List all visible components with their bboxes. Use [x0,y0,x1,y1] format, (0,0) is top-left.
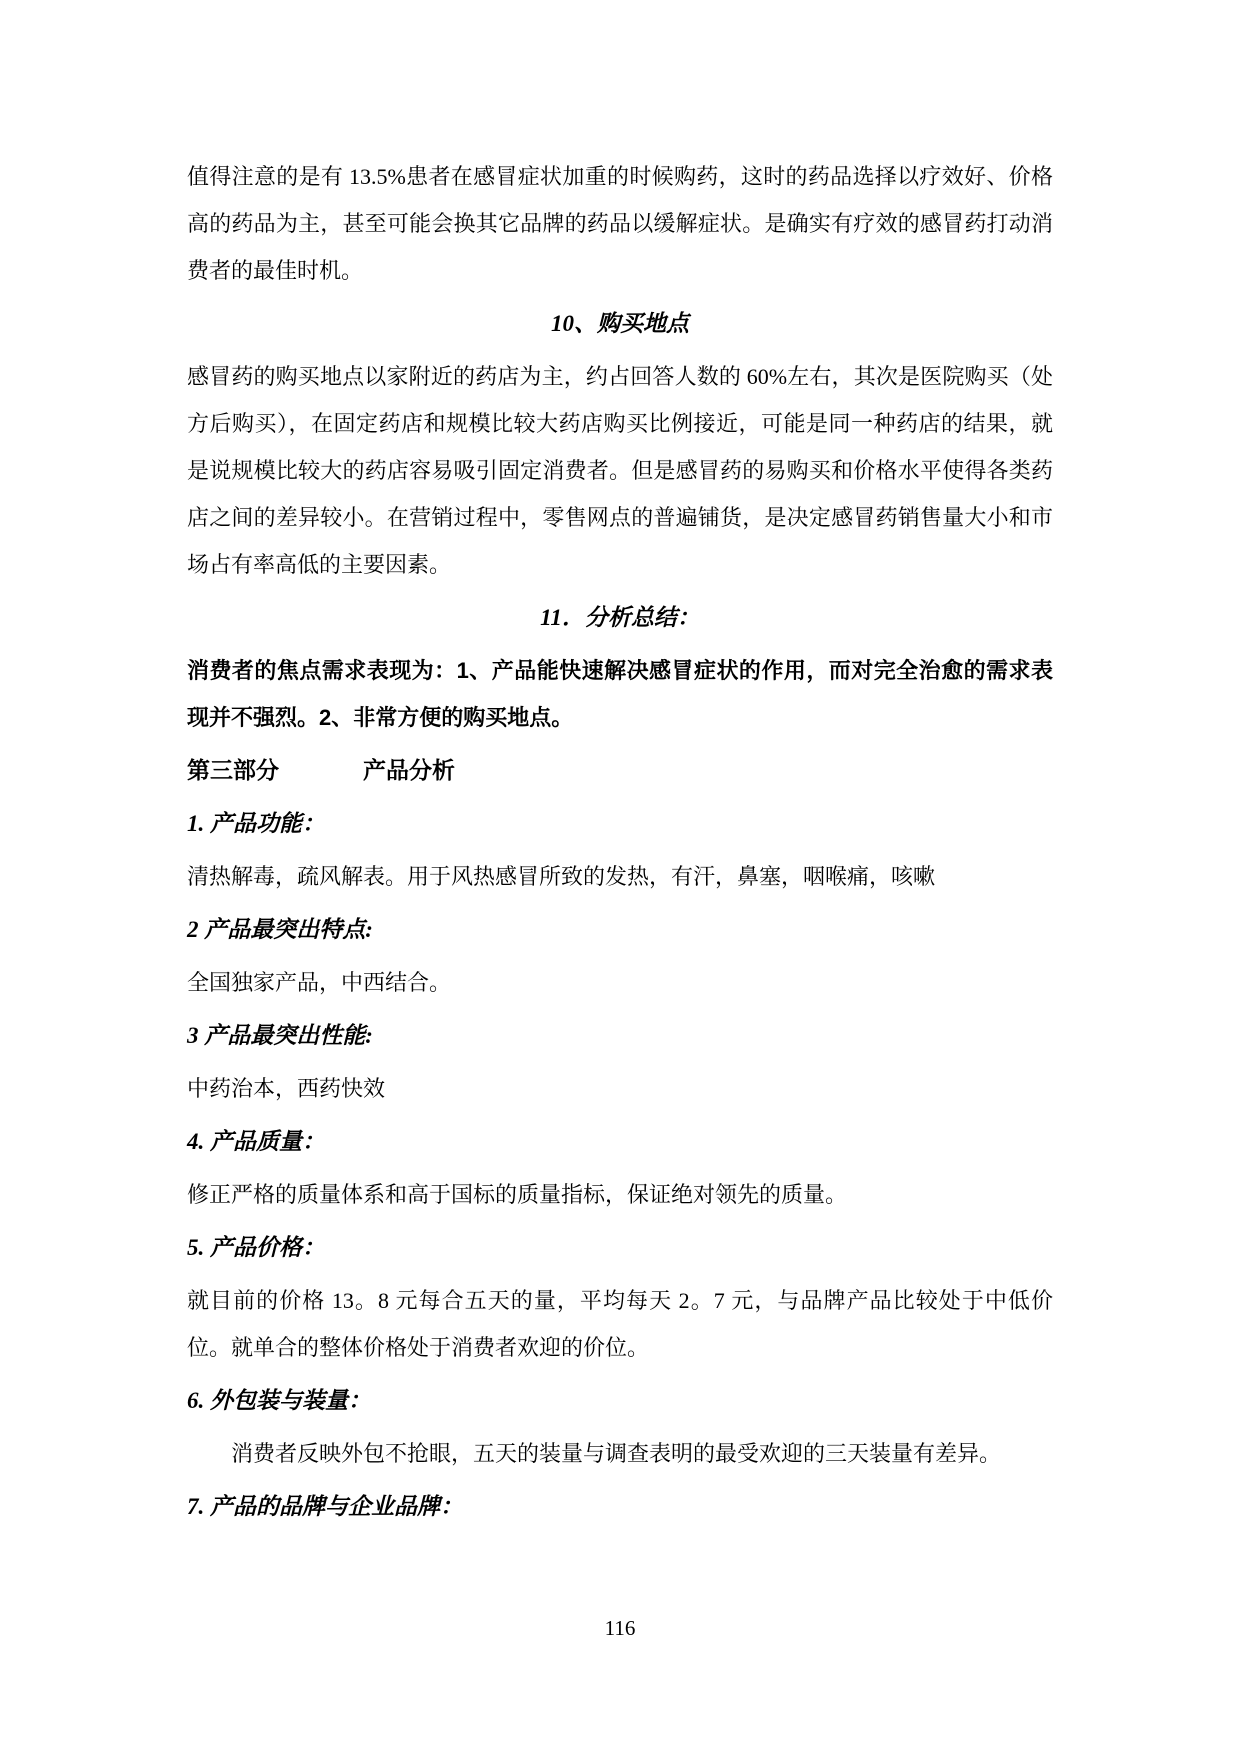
paragraph-product-quality: 修正严格的质量体系和高于国标的质量指标，保证绝对领先的质量。 [187,1171,1053,1218]
heading-10-purchase-location: 10、购买地点 [187,300,1053,347]
paragraph-product-performance: 中药治本，西药快效 [187,1065,1053,1112]
heading-part3-product-analysis: 第三部分产品分析 [187,747,1053,794]
document-content: 值得注意的是有 13.5%患者在感冒症状加重的时候购药，这时的药品选择以疗效好、… [187,153,1053,1536]
item-heading-7-brand: 7. 产品的品牌与企业品牌： [187,1483,1053,1530]
item-heading-6-packaging: 6. 外包装与装量： [187,1377,1053,1424]
item-heading-5-product-price: 5. 产品价格： [187,1224,1053,1271]
paragraph-packaging: 消费者反映外包不抢眼，五天的装量与调查表明的最受欢迎的三天装量有差异。 [187,1430,1053,1477]
item-heading-2-product-feature: 2 产品最突出特点: [187,906,1053,953]
paragraph-product-price: 就目前的价格 13。8 元每合五天的量，平均每天 2。7 元，与品牌产品比较处于… [187,1277,1053,1371]
document-page: 值得注意的是有 13.5%患者在感冒症状加重的时候购药，这时的药品选择以疗效好、… [0,0,1240,1753]
paragraph-product-function: 清热解毒，疏风解表。用于风热感冒所致的发热，有汗，鼻塞，咽喉痛，咳嗽 [187,853,1053,900]
page-number: 116 [0,1613,1240,1643]
part3-label: 第三部分 [187,757,279,783]
part3-title: 产品分析 [363,757,455,783]
item-heading-1-product-function: 1. 产品功能： [187,800,1053,847]
paragraph-consumer-focus-needs: 消费者的焦点需求表现为：1、产品能快速解决感冒症状的作用，而对完全治愈的需求表现… [187,647,1053,741]
item-heading-4-product-quality: 4. 产品质量： [187,1118,1053,1165]
paragraph-product-feature: 全国独家产品，中西结合。 [187,959,1053,1006]
item-heading-3-product-performance: 3 产品最突出性能: [187,1012,1053,1059]
paragraph-purchase-timing-note: 值得注意的是有 13.5%患者在感冒症状加重的时候购药，这时的药品选择以疗效好、… [187,153,1053,294]
heading-11-analysis-summary: 11．分析总结： [187,594,1053,641]
paragraph-purchase-location-analysis: 感冒药的购买地点以家附近的药店为主，约占回答人数的 60%左右，其次是医院购买（… [187,353,1053,588]
